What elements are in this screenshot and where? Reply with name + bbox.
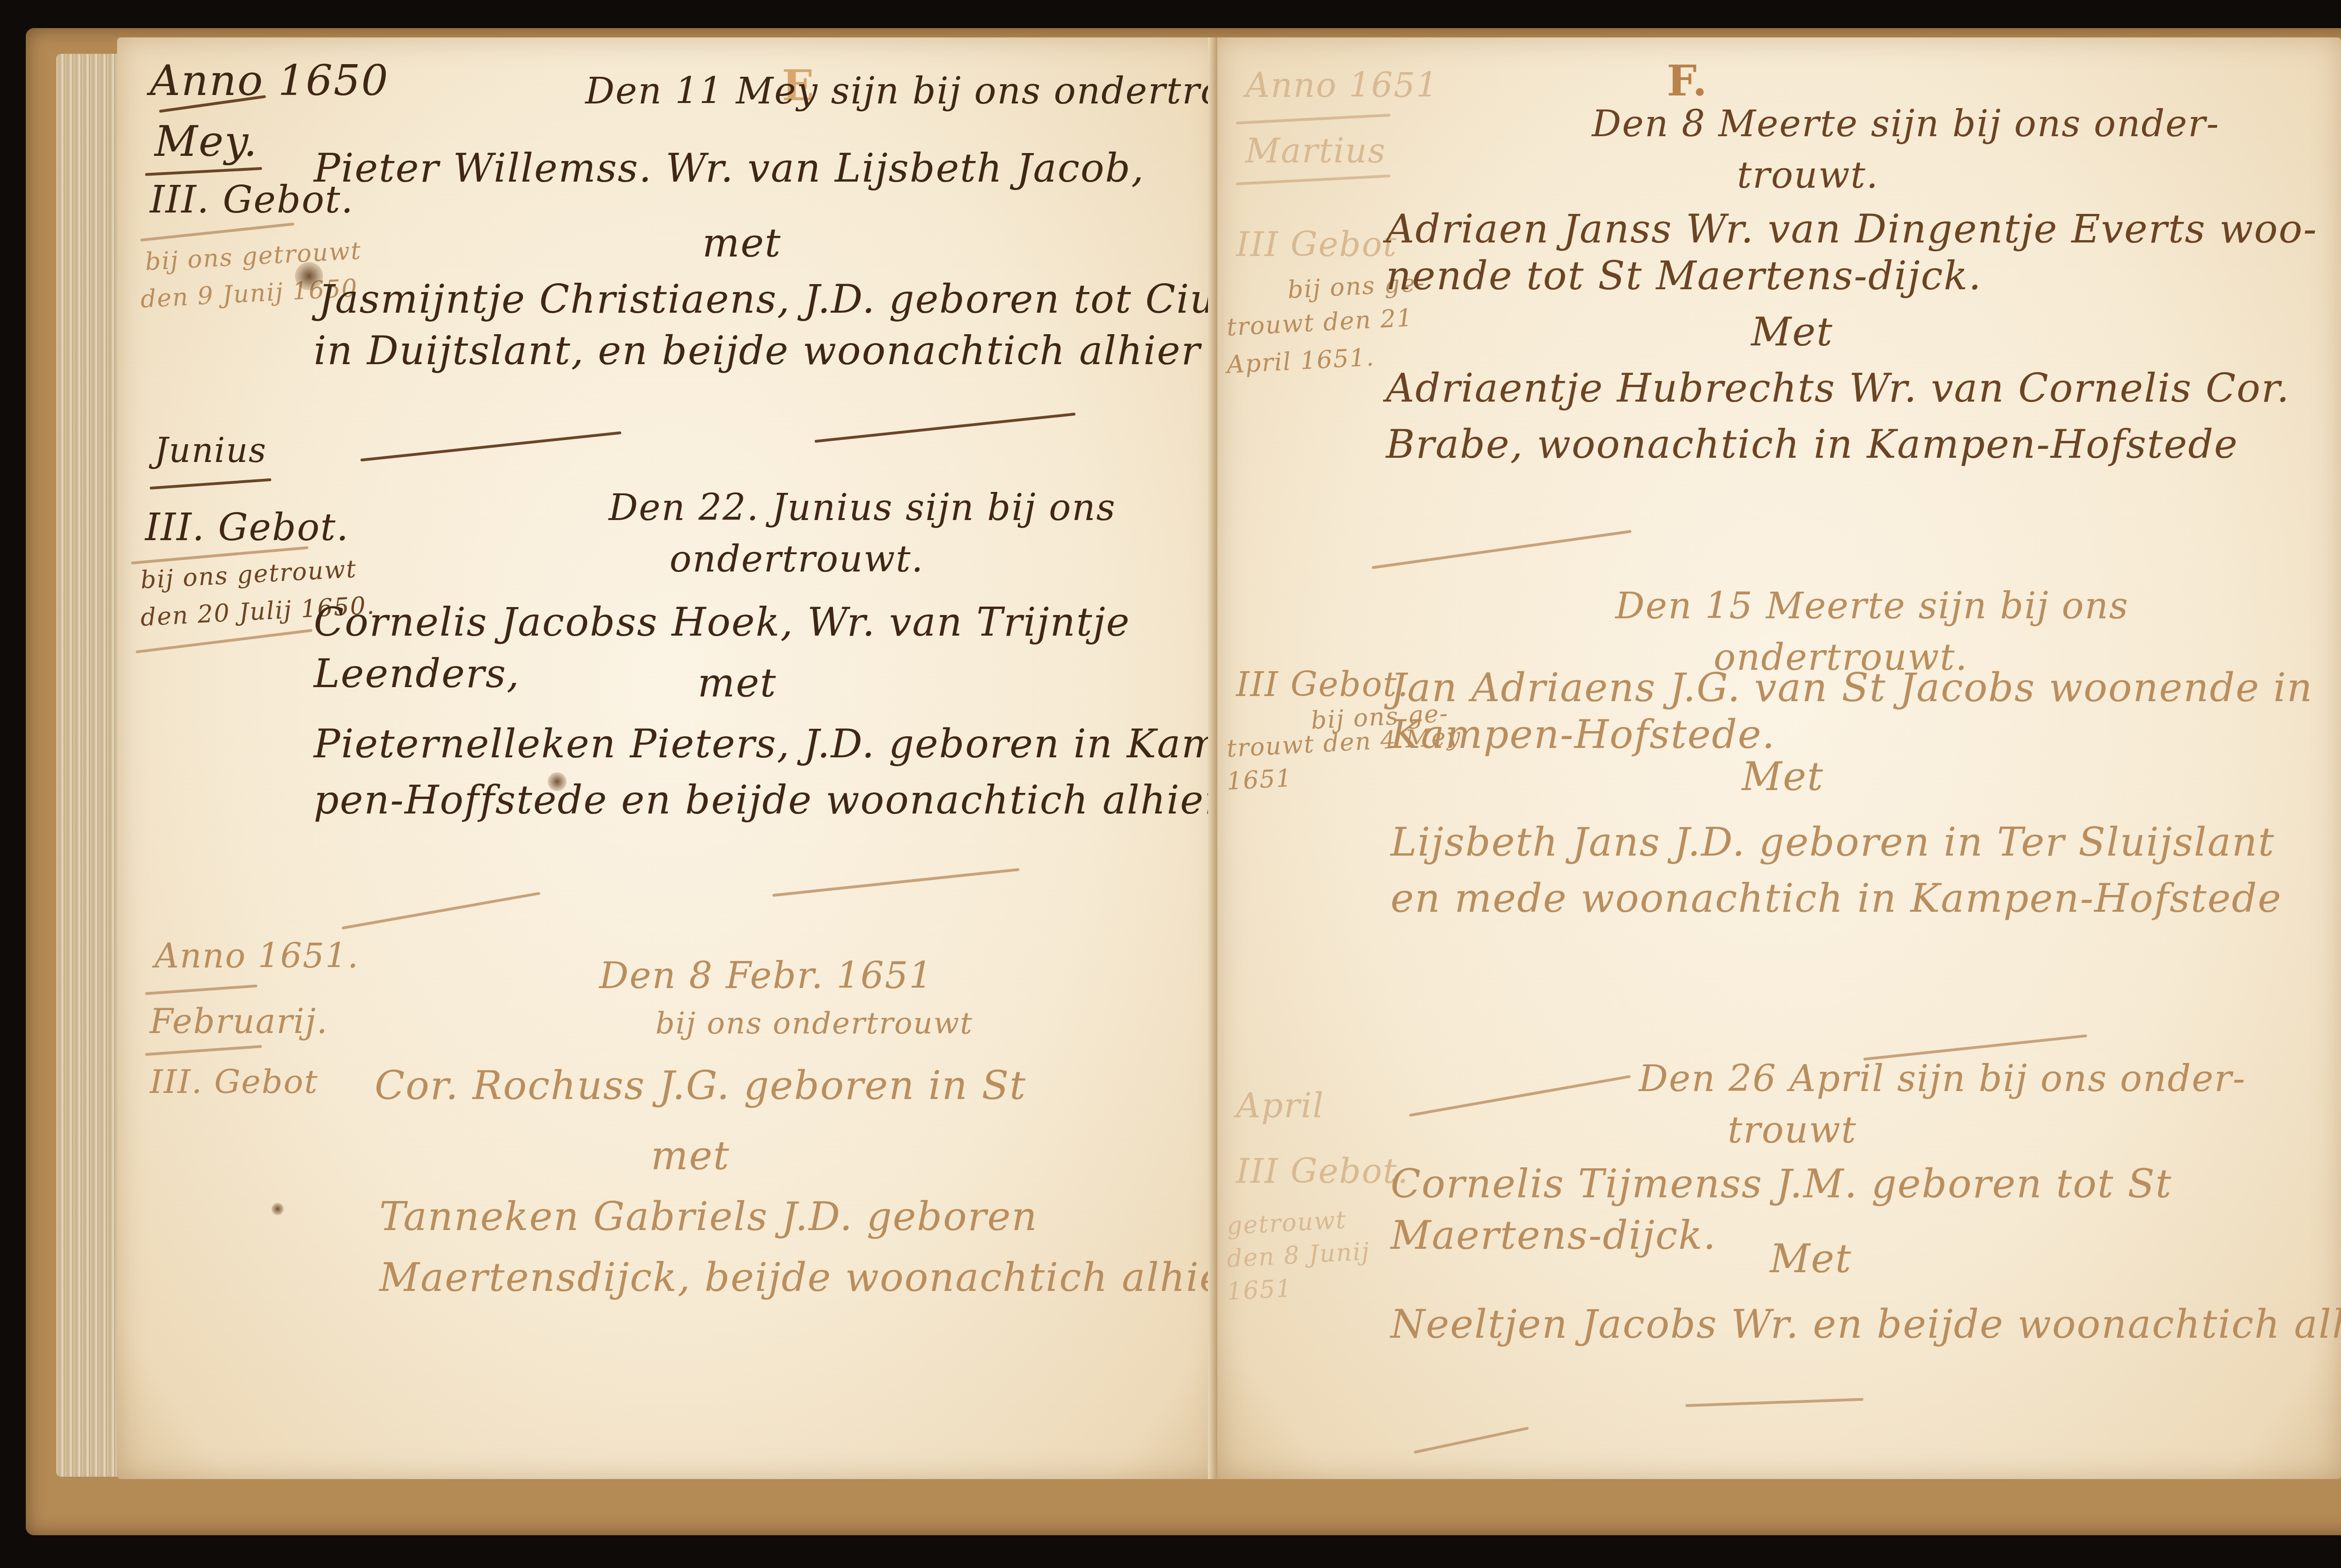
- groom-line: Jan Adriaens J.G. van St Jacobs woonende…: [1391, 665, 2313, 711]
- bride-line: Jasmijntje Christiaens, J.D. geboren tot…: [318, 276, 1266, 322]
- bride-line: in Duijtslant, en beijde woonachtich alh…: [314, 328, 1201, 374]
- groom-line: Kampen-Hofstede.: [1391, 711, 1775, 757]
- bride-line: Pieternelleken Pieters, J.D. geboren in …: [314, 721, 1234, 767]
- entry-heading: trouwt: [1728, 1109, 1857, 1151]
- groom-line: Cornelis Jacobss Hoek, Wr. van Trijntje: [314, 599, 1130, 645]
- margin-note: den 8 Junij: [1226, 1238, 1370, 1273]
- groom-line: Cor. Rochuss J.G. geboren in St: [375, 1062, 1026, 1108]
- conjunction: met: [702, 220, 781, 266]
- margin-note: 1651: [1226, 1275, 1293, 1306]
- groom-line: Adriaen Janss Wr. van Dingentje Everts w…: [1386, 206, 2318, 252]
- margin-banns: III Gebot.: [1236, 665, 1409, 704]
- margin-banns: III Gebot: [1236, 225, 1398, 264]
- groom-line: Pieter Willemss. Wr. van Lijsbeth Jacob,: [314, 145, 1145, 191]
- folio-mark-right: F.: [1667, 56, 1707, 106]
- margin-month: Mey.: [155, 117, 258, 166]
- divider: [150, 478, 272, 490]
- divider: [341, 892, 540, 930]
- bride-line: Neeltjen Jacobs Wr. en beijde woonachtic…: [1391, 1301, 2341, 1347]
- margin-year: Anno 1651: [1245, 66, 1438, 105]
- margin-month: April: [1236, 1086, 1325, 1125]
- margin-banns: III Gebot.: [1236, 1151, 1409, 1191]
- entry-heading: ondertrouwt.: [670, 538, 924, 580]
- entry-heading: Den 8 Febr. 1651: [599, 955, 933, 997]
- bride-line: Lijsbeth Jans J.D. geboren in Ter Sluijs…: [1391, 819, 2275, 865]
- ink-blot: [295, 262, 323, 290]
- margin-banns: III. Gebot: [150, 1062, 318, 1101]
- bride-line: en mede woonachtich in Kampen-Hofstede: [1391, 875, 2282, 921]
- bride-line: pen-Hoffstede en beijde woonachtich alhi…: [314, 777, 1224, 823]
- margin-note: April 1651.: [1226, 343, 1375, 379]
- divider: [1236, 114, 1391, 125]
- margin-banns: III. Gebot.: [145, 506, 349, 549]
- margin-note: bij ons getrouwt: [144, 237, 362, 276]
- bride-line: Brabe, woonachtich in Kampen-Hofstede: [1386, 421, 2238, 467]
- divider: [140, 223, 294, 242]
- groom-line: nende tot St Maertens-dijck.: [1386, 253, 1982, 299]
- conjunction: Met: [1751, 309, 1833, 355]
- margin-note: getrouwt: [1226, 1206, 1347, 1240]
- margin-year: Anno 1651.: [155, 936, 359, 975]
- conjunction: Met: [1742, 754, 1824, 799]
- conjunction: met: [698, 660, 777, 706]
- ink-blot: [548, 772, 567, 791]
- entry-heading: Den 11 Mey sijn bij ons ondertrouwt.: [585, 70, 1308, 112]
- margin-note: trouwt den 21: [1226, 304, 1413, 342]
- entry-heading: bij ons ondertrouwt: [655, 1006, 973, 1041]
- groom-line: Cornelis Tijmenss J.M. geboren tot St: [1391, 1161, 2172, 1207]
- ink-spot: [272, 1203, 284, 1215]
- divider: [1686, 1398, 1863, 1407]
- divider: [136, 629, 313, 653]
- divider: [145, 167, 262, 176]
- bride-line: Maertensdijck, beijde woonachtich alhier: [379, 1254, 1244, 1300]
- right-page: F. Anno 1651 Martius III Gebot bij ons g…: [1217, 37, 2341, 1479]
- conjunction: Met: [1770, 1236, 1852, 1282]
- margin-note: bij ons getrouwt: [140, 555, 357, 594]
- bride-line: Adriaentje Hubrechts Wr. van Cornelis Co…: [1386, 365, 2290, 411]
- margin-month: Februarij.: [150, 1002, 328, 1041]
- bride-line: Tanneken Gabriels J.D. geboren: [379, 1194, 1038, 1239]
- entry-heading: Den 8 Meerte sijn bij ons onder-: [1592, 103, 2220, 145]
- margin-year: Anno 1650: [150, 56, 389, 105]
- conjunction: met: [651, 1133, 730, 1179]
- divider: [1413, 1427, 1529, 1454]
- left-page: E Anno 1650 Mey. III. Gebot. bij ons get…: [117, 37, 1222, 1479]
- divider: [773, 868, 1020, 897]
- divider: [361, 431, 622, 462]
- divider: [1372, 530, 1632, 569]
- entry-heading: trouwt.: [1737, 154, 1879, 197]
- groom-line: Maertens-dijck.: [1391, 1212, 1716, 1258]
- divider: [145, 984, 258, 995]
- groom-line: Leenders,: [314, 651, 520, 696]
- divider: [1863, 1034, 2087, 1061]
- divider: [1236, 175, 1391, 185]
- entry-heading: Den 15 Meerte sijn bij ons: [1615, 585, 2129, 627]
- margin-note: 1651: [1226, 764, 1293, 796]
- entry-heading: Den 22. Junius sijn bij ons: [609, 487, 1116, 529]
- margin-month: Martius: [1245, 131, 1386, 170]
- margin-month: Junius: [155, 431, 267, 470]
- divider: [145, 1045, 262, 1056]
- divider: [815, 412, 1076, 443]
- entry-heading: Den 26 April sijn bij ons onder-: [1639, 1058, 2246, 1100]
- divider: [1409, 1075, 1631, 1117]
